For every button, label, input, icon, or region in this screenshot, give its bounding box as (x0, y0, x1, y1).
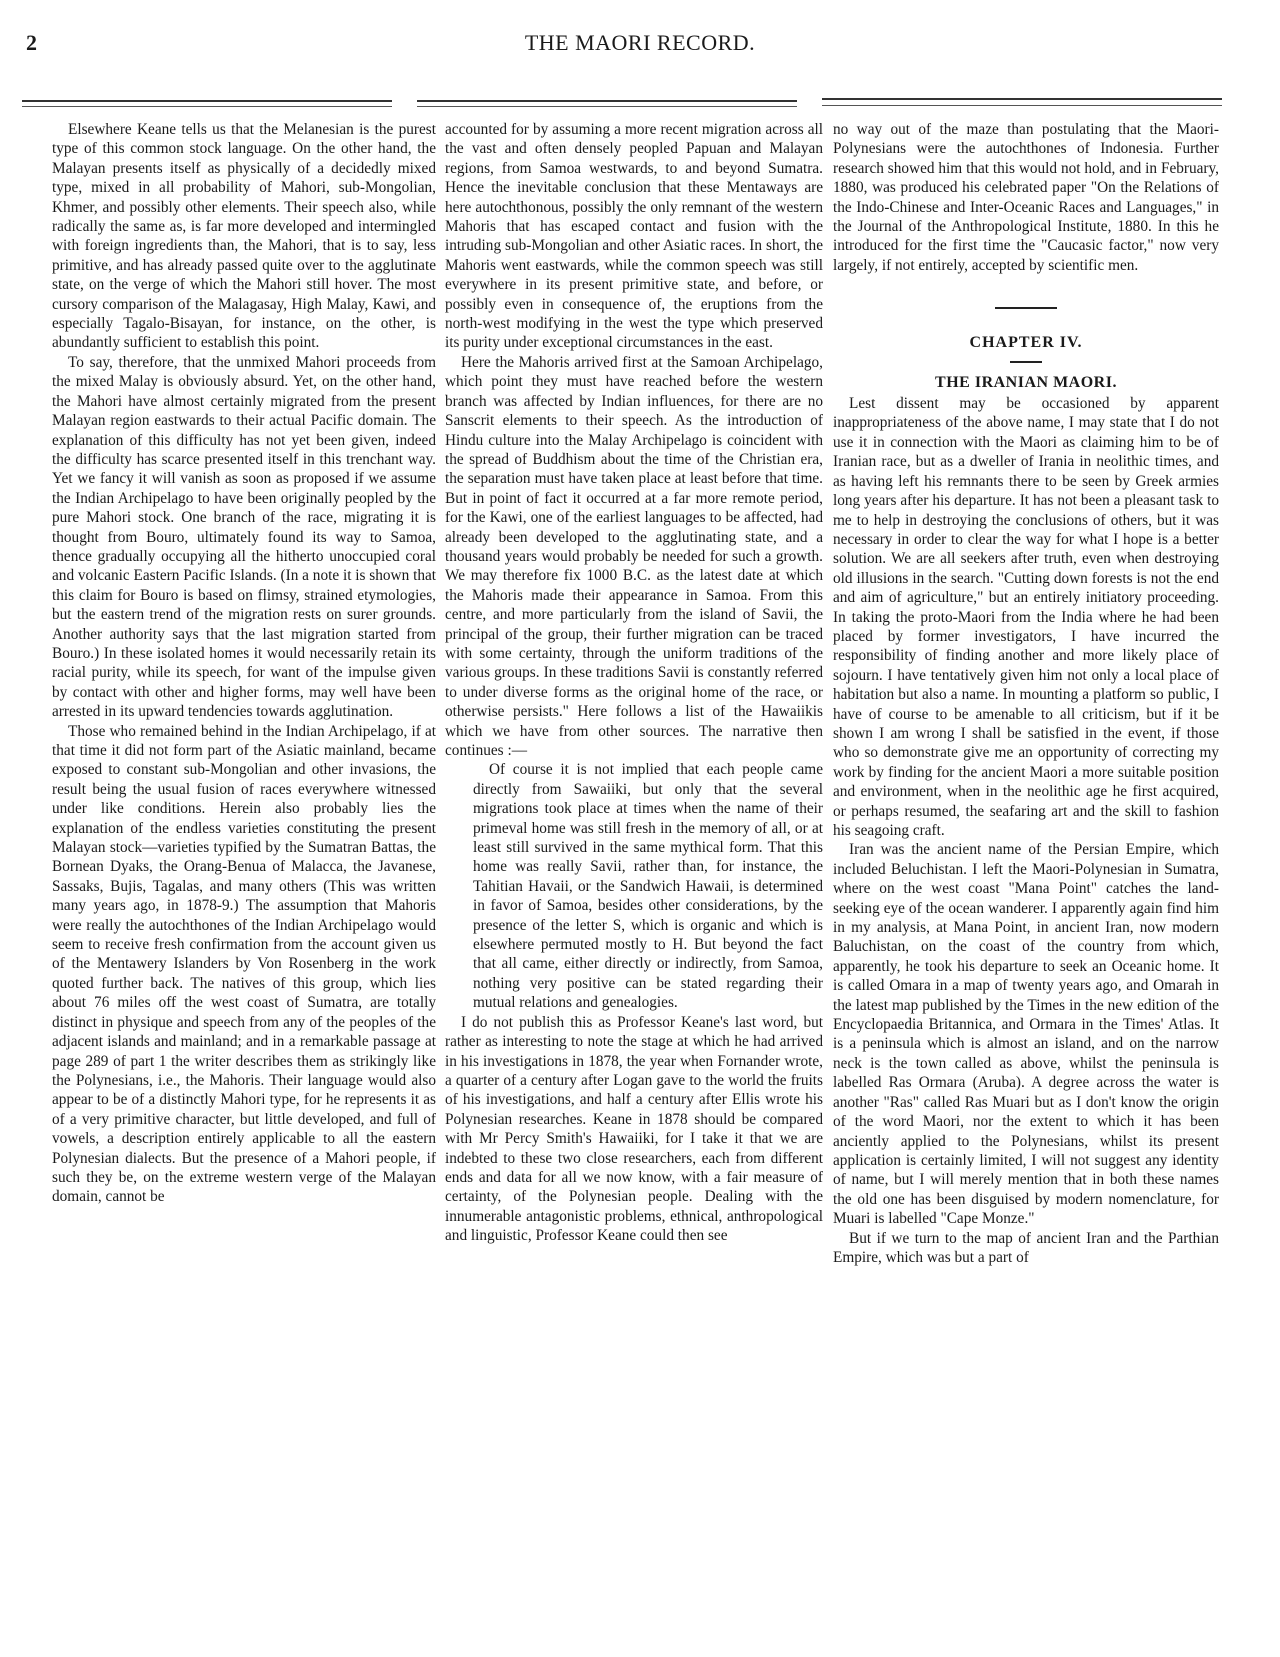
paragraph: To say, therefore, that the unmixed Maho… (52, 353, 436, 722)
section-heading: THE IRANIAN MAORI. (833, 373, 1219, 392)
paragraph: Elsewhere Keane tells us that the Melane… (52, 120, 436, 353)
section-divider (995, 307, 1057, 309)
header-rule (22, 100, 1222, 112)
paragraph: Those who remained behind in the Indian … (52, 722, 436, 1207)
paragraph: Here the Mahoris arrived first at the Sa… (445, 353, 823, 761)
column-right: no way out of the maze than postulating … (833, 120, 1219, 1267)
publication-title: THE MAORI RECORD. (0, 30, 1280, 56)
paragraph: I do not publish this as Professor Keane… (445, 1013, 823, 1246)
paragraph: Lest dissent may be occasioned by appare… (833, 394, 1219, 840)
paragraph: no way out of the maze than postulating … (833, 120, 1219, 275)
column-left: Elsewhere Keane tells us that the Melane… (52, 120, 436, 1207)
paragraph: But if we turn to the map of ancient Ira… (833, 1229, 1219, 1268)
paragraph: Iran was the ancient name of the Persian… (833, 840, 1219, 1228)
column-middle: accounted for by assuming a more recent … (445, 120, 823, 1246)
heading-divider (1010, 361, 1042, 363)
block-quote: Of course it is not implied that each pe… (473, 760, 823, 1012)
chapter-heading: CHAPTER IV. (833, 333, 1219, 352)
paragraph: accounted for by assuming a more recent … (445, 120, 823, 353)
